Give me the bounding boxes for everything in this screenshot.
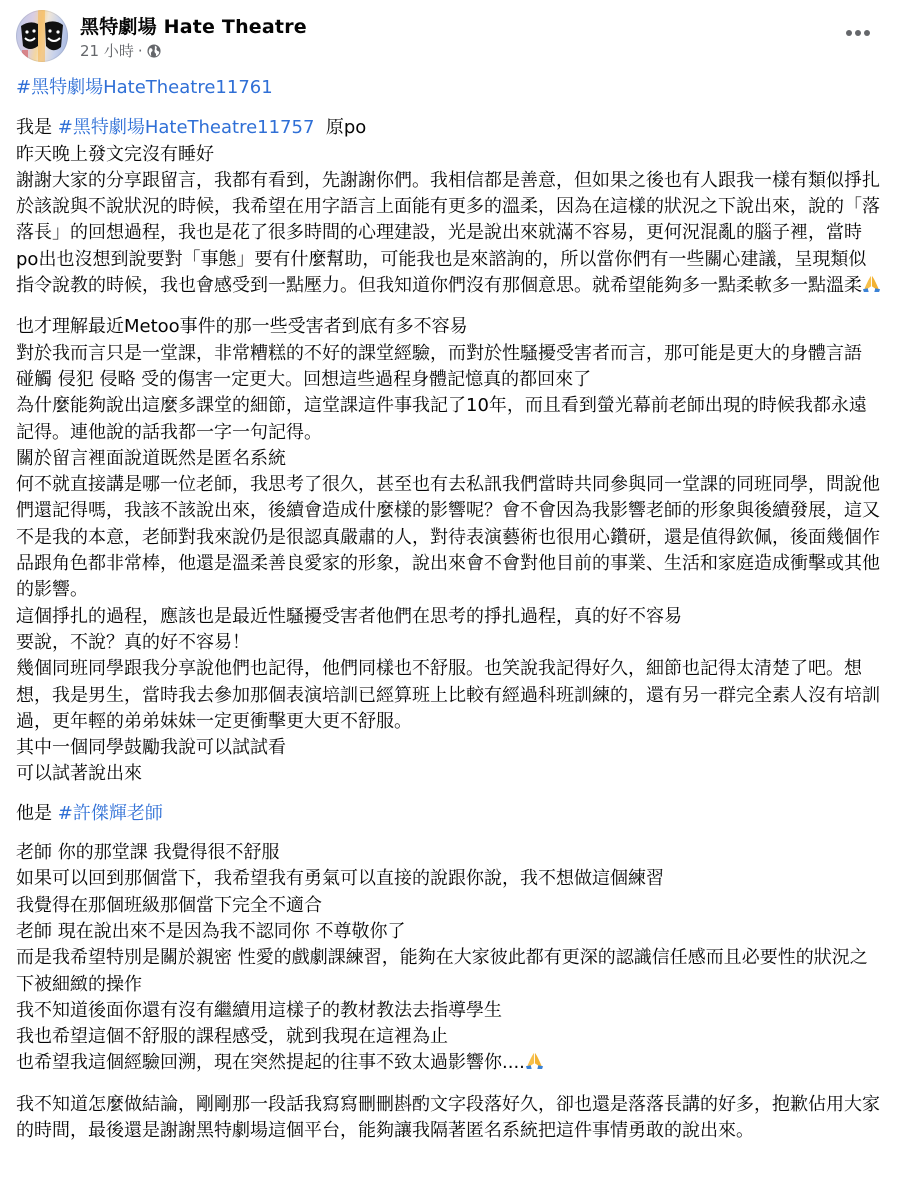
hashtag-link[interactable]: #黑特劇場HateTheatre11757 xyxy=(58,117,315,138)
text-line: 我不知道怎麼做結論，剛剛那一段話我寫寫刪刪斟酌文字段落好久，卻也還是落落長講的好… xyxy=(16,1092,884,1145)
more-options-icon xyxy=(846,30,852,36)
text-line: 要說，不說？真的好不容易！ xyxy=(16,630,884,656)
text-line: 我覺得在那個班級那個當下完全不適合 xyxy=(16,893,884,919)
text-line: 我也希望這個不舒服的課程感受，就到我現在這裡為止 xyxy=(16,1024,884,1050)
text-line: 老師 現在說出來不是因為我不認同你 不尊敬你了 xyxy=(16,919,884,945)
text-line: 可以試著說出來 xyxy=(16,761,884,787)
page-avatar[interactable] xyxy=(16,10,68,62)
text-line: 也希望我這個經驗回溯，現在突然提起的往事不致太過影響你.... xyxy=(16,1050,884,1078)
page-name-link[interactable]: 黑特劇場 Hate Theatre xyxy=(80,12,307,39)
text-line: 也才理解最近Metoo事件的那一些受害者到底有多不容易 xyxy=(16,314,884,340)
text-line: 如果可以回到那個當下，我希望我有勇氣可以直接的說跟你說，我不想做這個練習 xyxy=(16,866,884,892)
hashtag-link[interactable]: #黑特劇場HateTheatre11761 xyxy=(16,77,273,98)
paragraph-1: 我是 #黑特劇場HateTheatre11757 原po 昨天晚上發文完沒有睡好… xyxy=(16,115,884,301)
more-options-button[interactable] xyxy=(846,28,870,38)
paragraph-2: 也才理解最近Metoo事件的那一些受害者到底有多不容易 對於我而言只是一堂課，非… xyxy=(16,314,884,787)
text-line: 這個掙扎的過程，應該也是最近性騷擾受害者他們在思考的掙扎過程，真的好不容易 xyxy=(16,604,884,630)
text-line: 而是我希望特別是關於親密 性愛的戲劇課練習，能夠在大家彼此都有更深的認識信任感而… xyxy=(16,945,884,998)
text-line: 為什麼能夠說出這麼多課堂的細節，這堂課這件事我記了10年，而且看到螢光幕前老師出… xyxy=(16,393,884,446)
text-line: 何不就直接講是哪一位老師，我思考了很久，甚至也有去私訊我們當時共同參與同一堂課的… xyxy=(16,472,884,603)
post-timestamp[interactable]: 21 小時 xyxy=(80,40,134,61)
folded-hands-emoji xyxy=(862,274,881,301)
meta-separator: · xyxy=(138,42,143,60)
top-hashtag-line: #黑特劇場HateTheatre11761 xyxy=(16,75,884,101)
text-line: 昨天晚上發文完沒有睡好 xyxy=(16,142,884,168)
paragraph-4: 老師 你的那堂課 我覺得很不舒服 如果可以回到那個當下，我希望我有勇氣可以直接的… xyxy=(16,840,884,1079)
paragraph-5: 我不知道怎麼做結論，剛剛那一段話我寫寫刪刪斟酌文字段落好久，卻也還是落落長講的好… xyxy=(16,1092,884,1145)
text-line: 關於留言裡面說道既然是匿名系統 xyxy=(16,446,884,472)
theatre-masks-icon xyxy=(16,10,68,62)
post-body: #黑特劇場HateTheatre11761 我是 #黑特劇場HateTheatr… xyxy=(16,75,884,1144)
folded-hands-emoji xyxy=(525,1051,544,1078)
intro-line: 我是 #黑特劇場HateTheatre11757 原po xyxy=(16,115,884,141)
paragraph-3: 他是 #許傑輝老師 xyxy=(16,801,884,827)
globe-icon xyxy=(147,44,161,58)
text-line: 老師 你的那堂課 我覺得很不舒服 xyxy=(16,840,884,866)
text-line: 我不知道後面你還有沒有繼續用這樣子的教材教法去指導學生 xyxy=(16,998,884,1024)
text-line: 謝謝大家的分享跟留言，我都有看到，先謝謝你們。我相信都是善意，但如果之後也有人跟… xyxy=(16,168,884,301)
hashtag-link[interactable]: #許傑輝老師 xyxy=(58,803,163,824)
post-header: 黑特劇場 Hate Theatre 21 小時 · xyxy=(16,10,884,66)
text-line: 其中一個同學鼓勵我說可以試試看 xyxy=(16,735,884,761)
post-meta: 21 小時 · xyxy=(80,40,161,61)
teacher-line: 他是 #許傑輝老師 xyxy=(16,801,884,827)
text-line: 對於我而言只是一堂課，非常糟糕的不好的課堂經驗，而對於性騷擾受害者而言，那可能是… xyxy=(16,341,884,394)
text-line: 幾個同班同學跟我分享說他們也記得，他們同樣也不舒服。也笑說我記得好久，細節也記得… xyxy=(16,656,884,735)
